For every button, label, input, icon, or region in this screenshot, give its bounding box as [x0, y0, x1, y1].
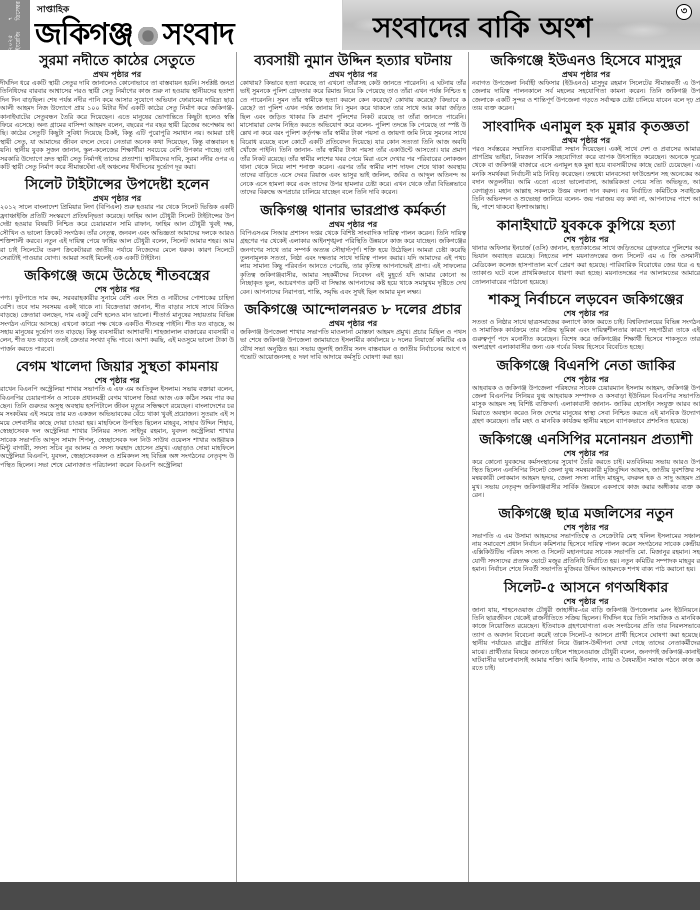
- article-continuation: প্রথম পৃষ্ঠার পর: [240, 70, 466, 80]
- article-continuation: প্রথম পৃষ্ঠার পর: [0, 70, 234, 80]
- column-3: জকিগঞ্জে ইউএনও হিসেবে মাসুদুর প্রথম পৃষ্…: [468, 52, 700, 882]
- article-body: পণ্য। ফুটপাতে দাম কম, সরবরাহকারীর সুনামে…: [0, 295, 234, 354]
- article: ব্যবসায়ী নুমান উদ্দিন হত্যার ঘটনায় প্র…: [240, 52, 466, 198]
- article-continuation: শেষ পৃষ্ঠার পর: [0, 285, 234, 295]
- article-body: ২০১২ সালে বাংলাদেশ প্রিমিয়ার লিগ (বিপিএ…: [0, 204, 234, 263]
- article-continuation: শেষ পৃষ্ঠার পর: [472, 309, 700, 319]
- date-year: ২০২৫ ইংরেজি: [7, 21, 23, 50]
- article-body: আহবায়ক ও জকিগঞ্জ উপজেলা পরিষদের সাবেক চ…: [472, 385, 700, 427]
- page-number: ৩: [676, 4, 692, 20]
- article-continuation: শেষ পৃষ্ঠার পর: [472, 375, 700, 385]
- article-continuation: প্রথম পৃষ্ঠার পর: [240, 319, 466, 329]
- column-2: ব্যবসায়ী নুমান উদ্দিন হত্যার ঘটনায় প্র…: [236, 52, 466, 882]
- article-body: থানার অফিসার ইনচার্জ (ওসি) জানান, হত্যাক…: [472, 245, 700, 287]
- article-continuation: প্রথম পৃষ্ঠার পর: [472, 136, 700, 146]
- section-banner: সংবাদের বাকি অংশ ৩: [343, 0, 700, 50]
- date-strip: ৭ ডিসেম্বর ২০২৫ ইংরেজি: [0, 0, 30, 50]
- date-day: ৭ ডিসেম্বর: [7, 0, 23, 21]
- article-continuation: শেষ পৃষ্ঠার পর: [472, 597, 700, 607]
- article: সাংবাদিক এনামুল হক মুন্নার কৃতজ্ঞতা প্রথ…: [472, 118, 700, 213]
- article-continuation: প্রথম পৃষ্ঠার পর: [240, 220, 466, 230]
- article-headline: সিলেট-৫ আসনে গণঅধিকার: [472, 579, 700, 597]
- article: জকিগঞ্জে বিএনপি নেতা জাকির শেষ পৃষ্ঠার প…: [472, 357, 700, 427]
- article-body: জানা যায়, শাহনেওয়াজ চৌধুরী জাহাঙ্গীর-এ…: [472, 607, 700, 674]
- article: বেগম খালেদা জিয়ার সুস্থতা কামনায় শেষ প…: [0, 358, 234, 470]
- article-headline: জকিগঞ্জে ইউএনও হিসেবে মাসুদুর: [472, 52, 700, 70]
- bottom-bar: [0, 882, 700, 910]
- article: জকিগঞ্জে আন্দোলনরত ৮ দলের প্রচার প্রথম প…: [240, 301, 466, 363]
- article-headline: ব্যবসায়ী নুমান উদ্দিন হত্যার ঘটনায়: [240, 52, 466, 70]
- article: জকিগঞ্জে ইউএনও হিসেবে মাসুদুর প্রথম পৃষ্…: [472, 52, 700, 114]
- article: জকিগঞ্জে জমে উঠেছে শীতবস্ত্রের শেষ পৃষ্ঠ…: [0, 267, 234, 354]
- article-continuation: প্রথম পৃষ্ঠার পর: [472, 70, 700, 80]
- newspaper-logo: সাপ্তাহিক জকিগঞ্জসংবাদ: [31, 0, 343, 50]
- article-headline: জকিগঞ্জে ছাত্র মজলিসের নতুন: [472, 505, 700, 523]
- article: সিলেট-৫ আসনে গণঅধিকার শেষ পৃষ্ঠার পর জান…: [472, 579, 700, 674]
- article-body: জকিগঞ্জ উপজেলা শাখার সভাপতি মাওলানা মোস্…: [240, 329, 466, 363]
- article-body: পরও সর্বস্তরের সম্মানিত ব্যবসায়ীরা সম্ম…: [472, 146, 700, 213]
- article-body: সততা ও নিষ্ঠার সাথে ছাত্রসমাজের কল্যাণে …: [472, 319, 700, 353]
- article-headline: জকিগঞ্জে এনসিপির মনোনয়ন প্রত্যাশী: [472, 431, 700, 449]
- article-continuation: প্রথম পৃষ্ঠার পর: [0, 194, 234, 204]
- article-continuation: শেষ পৃষ্ঠার পর: [0, 376, 234, 386]
- column-1: সুরমা নদীতে কাঠের সেতুতে প্রথম পৃষ্ঠার প…: [0, 52, 234, 882]
- name-part-1: জকিগঞ্জ: [35, 17, 133, 52]
- article-continuation: শেষ পৃষ্ঠার পর: [472, 523, 700, 533]
- article-body: সভাপতি এ এম উসামা আহমদের সভাপতিত্বে ও সে…: [472, 533, 700, 575]
- article: সুরমা নদীতে কাঠের সেতুতে প্রথম পৃষ্ঠার প…: [0, 52, 234, 172]
- article-continuation: শেষ পৃষ্ঠার পর: [472, 235, 700, 245]
- article-body: রাখেন বিএনপি অস্ট্রেলিয়া শাখার সভাপতি এ…: [0, 386, 234, 470]
- article-headline: বেগম খালেদা জিয়ার সুস্থতা কামনায়: [0, 358, 234, 376]
- map-emblem-icon: [137, 27, 159, 45]
- article: জকিগঞ্জে ছাত্র মজলিসের নতুন শেষ পৃষ্ঠার …: [472, 505, 700, 575]
- section-title: সংবাদের বাকি অংশ: [373, 6, 592, 53]
- article-continuation: শেষ পৃষ্ঠার পর: [472, 449, 700, 459]
- article-body: নবাগত উপজেলা নির্বাহী অফিসার (ইউএনও) মাস…: [472, 80, 700, 114]
- article: জকিগঞ্জে এনসিপির মনোনয়ন প্রত্যাশী শেষ প…: [472, 431, 700, 501]
- article-body: করে কোনো যুবকদের কর্মসংস্থানের সুযোগ তৈর…: [472, 459, 700, 501]
- article-headline: সুরমা নদীতে কাঠের সেতুতে: [0, 52, 234, 70]
- article-headline: শাকসু নির্বাচনে লড়বেন জকিগঞ্জের: [472, 291, 700, 309]
- name-part-2: সংবাদ: [163, 17, 234, 52]
- article-headline: জকিগঞ্জে বিএনপি নেতা জাকির: [472, 357, 700, 375]
- article-headline: সাংবাদিক এনামুল হক মুন্নার কৃতজ্ঞতা: [472, 118, 700, 136]
- article-headline: জকিগঞ্জ থানার ভারপ্রাপ্ত কর্মকর্তা: [240, 202, 466, 220]
- article: কানাইঘাটে যুবককে কুপিয়ে হত্যা শেষ পৃষ্ঠ…: [472, 217, 700, 287]
- article-body: দীর্ঘদিন ধরে একটি স্থায়ী সেতুর দাবি জান…: [0, 80, 234, 172]
- article-columns: সুরমা নদীতে কাঠের সেতুতে প্রথম পৃষ্ঠার প…: [0, 52, 700, 882]
- masthead: ৭ ডিসেম্বর ২০২৫ ইংরেজি সাপ্তাহিক জকিগঞ্জ…: [0, 0, 700, 50]
- article: শাকসু নির্বাচনে লড়বেন জকিগঞ্জের শেষ পৃষ…: [472, 291, 700, 353]
- article: সিলেট টাইটান্সের উপদেষ্টা হলেন প্রথম পৃষ…: [0, 176, 234, 263]
- article-headline: সিলেট টাইটান্সের উপদেষ্টা হলেন: [0, 176, 234, 194]
- article-headline: জকিগঞ্জে জমে উঠেছে শীতবস্ত্রের: [0, 267, 234, 285]
- article-body: কোথায়? কিভাবে হত্যা করেছে তা এখনো তাঁরা…: [240, 80, 466, 198]
- article-body: বিপিএসএম সিআর প্রশাসন দপ্তর থেকে বিশিষ্ট…: [240, 230, 466, 297]
- article: জকিগঞ্জ থানার ভারপ্রাপ্ত কর্মকর্তা প্রথম…: [240, 202, 466, 297]
- article-headline: জকিগঞ্জে আন্দোলনরত ৮ দলের প্রচার: [240, 301, 466, 319]
- article-headline: কানাইঘাটে যুবককে কুপিয়ে হত্যা: [472, 217, 700, 235]
